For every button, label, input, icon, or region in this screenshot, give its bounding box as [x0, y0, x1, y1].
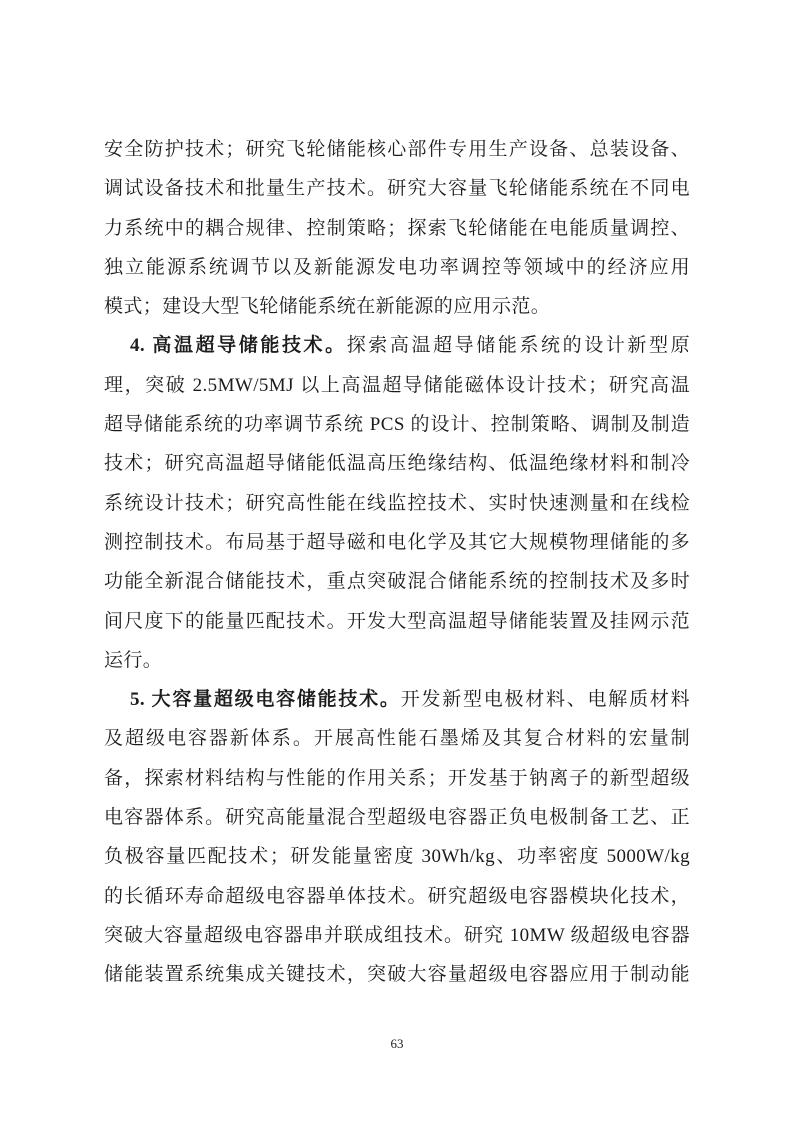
- text-line: 电容器体系。研究高能量混合型超级电容器正负电极制备工艺、正: [104, 798, 690, 837]
- text-line: 5. 大容量超级电容储能技术。开发新型电极材料、电解质材料: [104, 680, 690, 719]
- text-line: 调试设备技术和批量生产技术。研究大容量飞轮储能系统在不同电: [104, 169, 690, 208]
- text-line: 运行。: [104, 641, 690, 680]
- text-line: 备，探索材料结构与性能的作用关系；开发基于钠离子的新型超级: [104, 759, 690, 798]
- text-run: 理，突破 2.5MW/5MJ 以上高温超导储能磁体设计技术；研究高温: [104, 375, 690, 396]
- text-run: 系统设计技术；研究高性能在线监控技术、实时快速测量和在线检: [104, 493, 690, 514]
- text-run: 力系统中的耦合规律、控制策略；探索飞轮储能在电能质量调控、: [104, 218, 690, 239]
- text-run: 负极容量匹配技术；研发能量密度 30Wh/kg、功率密度 5000W/kg: [104, 846, 690, 867]
- text-run: 开发新型电极材料、电解质材料: [401, 689, 690, 710]
- text-line: 超导储能系统的功率调节系统 PCS 的设计、控制策略、调制及制造: [104, 405, 690, 444]
- text-line: 间尺度下的能量匹配技术。开发大型高温超导储能装置及挂网示范: [104, 602, 690, 641]
- text-line: 储能装置系统集成关键技术，突破大容量超级电容器应用于制动能: [104, 955, 690, 994]
- text-run: 及超级电容器新体系。开展高性能石墨烯及其复合材料的宏量制: [104, 728, 690, 749]
- section-heading-run: 5. 大容量超级电容储能技术。: [130, 689, 401, 710]
- text-line: 突破大容量超级电容器串并联成组技术。研究 10MW 级超级电容器: [104, 916, 690, 955]
- text-line: 模式；建设大型飞轮储能系统在新能源的应用示范。: [104, 287, 690, 326]
- text-run: 电容器体系。研究高能量混合型超级电容器正负电极制备工艺、正: [104, 807, 690, 828]
- text-run: 独立能源系统调节以及新能源发电功率调控等领域中的经济应用: [104, 257, 690, 278]
- text-line: 力系统中的耦合规律、控制策略；探索飞轮储能在电能质量调控、: [104, 209, 690, 248]
- text-run: 技术；研究高温超导储能低温高压绝缘结构、低温绝缘材料和制冷: [104, 453, 690, 474]
- text-run: 测控制技术。布局基于超导磁和电化学及其它大规模物理储能的多: [104, 532, 690, 553]
- text-run: 运行。: [104, 650, 162, 671]
- text-line: 4. 高温超导储能技术。探索高温超导储能系统的设计新型原: [104, 326, 690, 365]
- text-line: 功能全新混合储能技术，重点突破混合储能系统的控制技术及多时: [104, 562, 690, 601]
- text-line: 及超级电容器新体系。开展高性能石墨烯及其复合材料的宏量制: [104, 719, 690, 758]
- text-run: 探索高温超导储能系统的设计新型原: [347, 335, 690, 356]
- text-line: 系统设计技术；研究高性能在线监控技术、实时快速测量和在线检: [104, 484, 690, 523]
- section-heading-run: 4. 高温超导储能技术。: [130, 335, 347, 356]
- text-line: 独立能源系统调节以及新能源发电功率调控等领域中的经济应用: [104, 248, 690, 287]
- text-line: 技术；研究高温超导储能低温高压绝缘结构、低温绝缘材料和制冷: [104, 444, 690, 483]
- text-run: 储能装置系统集成关键技术，突破大容量超级电容器应用于制动能: [104, 964, 690, 985]
- text-line: 的长循环寿命超级电容器单体技术。研究超级电容器模块化技术，: [104, 877, 690, 916]
- text-run: 功能全新混合储能技术，重点突破混合储能系统的控制技术及多时: [104, 571, 690, 592]
- text-body: 安全防护技术；研究飞轮储能核心部件专用生产设备、总装设备、调试设备技术和批量生产…: [104, 130, 690, 995]
- text-run: 备，探索材料结构与性能的作用关系；开发基于钠离子的新型超级: [104, 768, 690, 789]
- text-line: 安全防护技术；研究飞轮储能核心部件专用生产设备、总装设备、: [104, 130, 690, 169]
- text-line: 测控制技术。布局基于超导磁和电化学及其它大规模物理储能的多: [104, 523, 690, 562]
- document-page: 安全防护技术；研究飞轮储能核心部件专用生产设备、总装设备、调试设备技术和批量生产…: [0, 0, 794, 1123]
- text-run: 的长循环寿命超级电容器单体技术。研究超级电容器模块化技术，: [104, 886, 690, 907]
- page-footer: 63: [0, 1036, 794, 1052]
- text-run: 超导储能系统的功率调节系统 PCS 的设计、控制策略、调制及制造: [104, 414, 690, 435]
- text-run: 间尺度下的能量匹配技术。开发大型高温超导储能装置及挂网示范: [104, 611, 690, 632]
- text-run: 调试设备技术和批量生产技术。研究大容量飞轮储能系统在不同电: [104, 178, 690, 199]
- text-run: 模式；建设大型飞轮储能系统在新能源的应用示范。: [104, 296, 550, 317]
- text-line: 负极容量匹配技术；研发能量密度 30Wh/kg、功率密度 5000W/kg: [104, 837, 690, 876]
- text-run: 突破大容量超级电容器串并联成组技术。研究 10MW 级超级电容器: [104, 925, 690, 946]
- text-run: 安全防护技术；研究飞轮储能核心部件专用生产设备、总装设备、: [104, 139, 690, 160]
- text-line: 理，突破 2.5MW/5MJ 以上高温超导储能磁体设计技术；研究高温: [104, 366, 690, 405]
- page-number: 63: [391, 1036, 404, 1051]
